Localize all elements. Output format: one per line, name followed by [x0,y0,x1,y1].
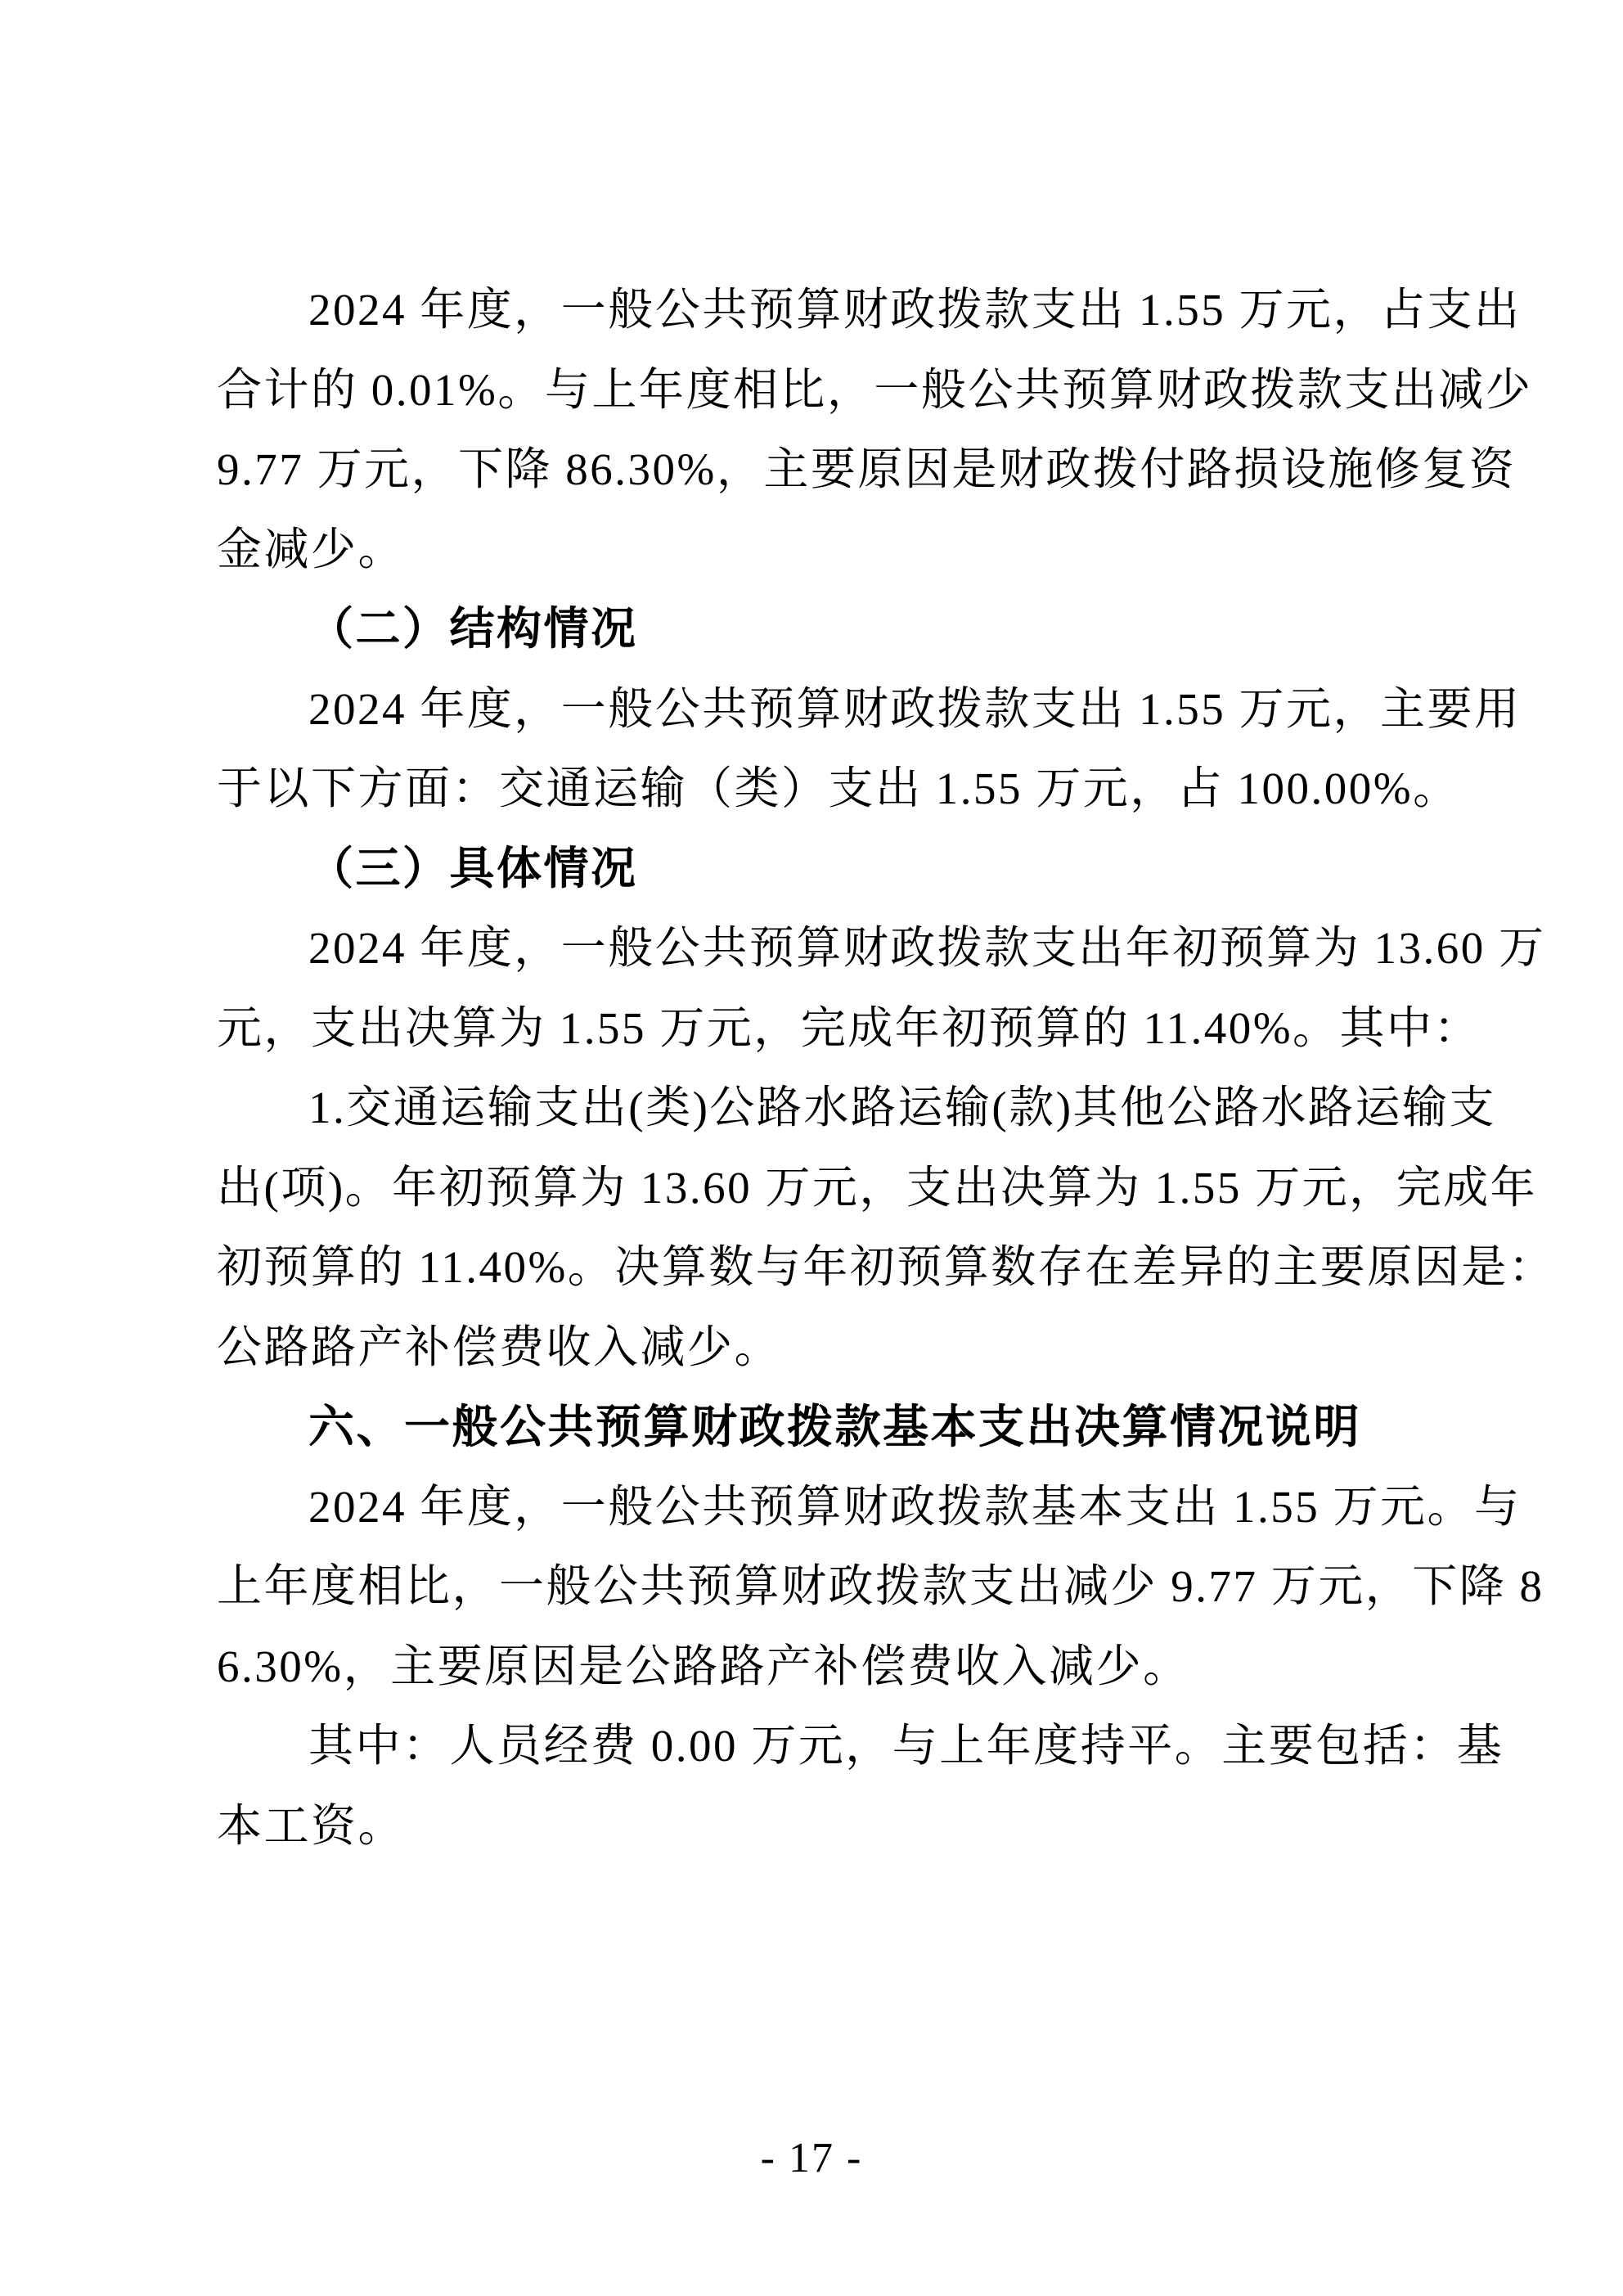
document-page: 2024 年度，一般公共预算财政拨款支出 1.55 万元，占支出 合计的 0.0… [0,0,1623,2296]
text-line: 9.77 万元，下降 86.30%，主要原因是财政拨付路损设施修复资 [217,430,1427,510]
heading-specific-situation: （三）具体情况 [217,829,1427,909]
paragraph-general-budget-expenditure-overview: 2024 年度，一般公共预算财政拨款支出 1.55 万元，占支出 合计的 0.0… [217,270,1427,589]
text-block: 2024 年度，一般公共预算财政拨款支出 1.55 万元，占支出 合计的 0.0… [217,270,1427,1866]
page-number: - 17 - [0,2134,1623,2183]
heading-text: （三）具体情况 [217,829,1427,909]
text-line: 金减少。 [217,510,1427,590]
paragraph-specific-situation: 2024 年度，一般公共预算财政拨款支出年初预算为 13.60 万 元，支出决算… [217,908,1427,1068]
text-line: 公路路产补偿费收入减少。 [217,1308,1427,1388]
paragraph-transport-expenditure-item: 1.交通运输支出(类)公路水路运输(款)其他公路水路运输支 出(项)。年初预算为… [217,1068,1427,1387]
heading-text: （二）结构情况 [217,589,1427,669]
text-line: 2024 年度，一般公共预算财政拨款支出 1.55 万元，主要用 [217,669,1427,750]
text-line: 2024 年度，一般公共预算财政拨款支出年初预算为 13.60 万 [217,908,1427,988]
heading-section-six-basic-expenditure: 六、一般公共预算财政拨款基本支出决算情况说明 [217,1387,1427,1467]
text-line: 上年度相比，一般公共预算财政拨款支出减少 9.77 万元，下降 8 [217,1546,1427,1627]
heading-structure-situation: （二）结构情况 [217,589,1427,669]
text-line: 本工资。 [217,1786,1427,1866]
text-line: 其中：人员经费 0.00 万元，与上年度持平。主要包括：基 [217,1706,1427,1786]
text-line: 1.交通运输支出(类)公路水路运输(款)其他公路水路运输支 [217,1068,1427,1148]
text-line: 2024 年度，一般公共预算财政拨款基本支出 1.55 万元。与 [217,1467,1427,1547]
text-line: 出(项)。年初预算为 13.60 万元，支出决算为 1.55 万元，完成年 [217,1148,1427,1228]
heading-text: 六、一般公共预算财政拨款基本支出决算情况说明 [217,1387,1427,1467]
text-line: 2024 年度，一般公共预算财政拨款支出 1.55 万元，占支出 [217,270,1427,350]
text-line: 于以下方面：交通运输（类）支出 1.55 万元，占 100.00%。 [217,749,1427,829]
text-line: 合计的 0.01%。与上年度相比，一般公共预算财政拨款支出减少 [217,350,1427,430]
text-line: 6.30%，主要原因是公路路产补偿费收入减少。 [217,1627,1427,1707]
text-line: 初预算的 11.40%。决算数与年初预算数存在差异的主要原因是： [217,1227,1427,1308]
paragraph-personnel-funds: 其中：人员经费 0.00 万元，与上年度持平。主要包括：基 本工资。 [217,1706,1427,1866]
paragraph-structure-situation: 2024 年度，一般公共预算财政拨款支出 1.55 万元，主要用 于以下方面：交… [217,669,1427,829]
text-line: 元，支出决算为 1.55 万元，完成年初预算的 11.40%。其中： [217,988,1427,1069]
paragraph-basic-expenditure-overview: 2024 年度，一般公共预算财政拨款基本支出 1.55 万元。与 上年度相比，一… [217,1467,1427,1707]
